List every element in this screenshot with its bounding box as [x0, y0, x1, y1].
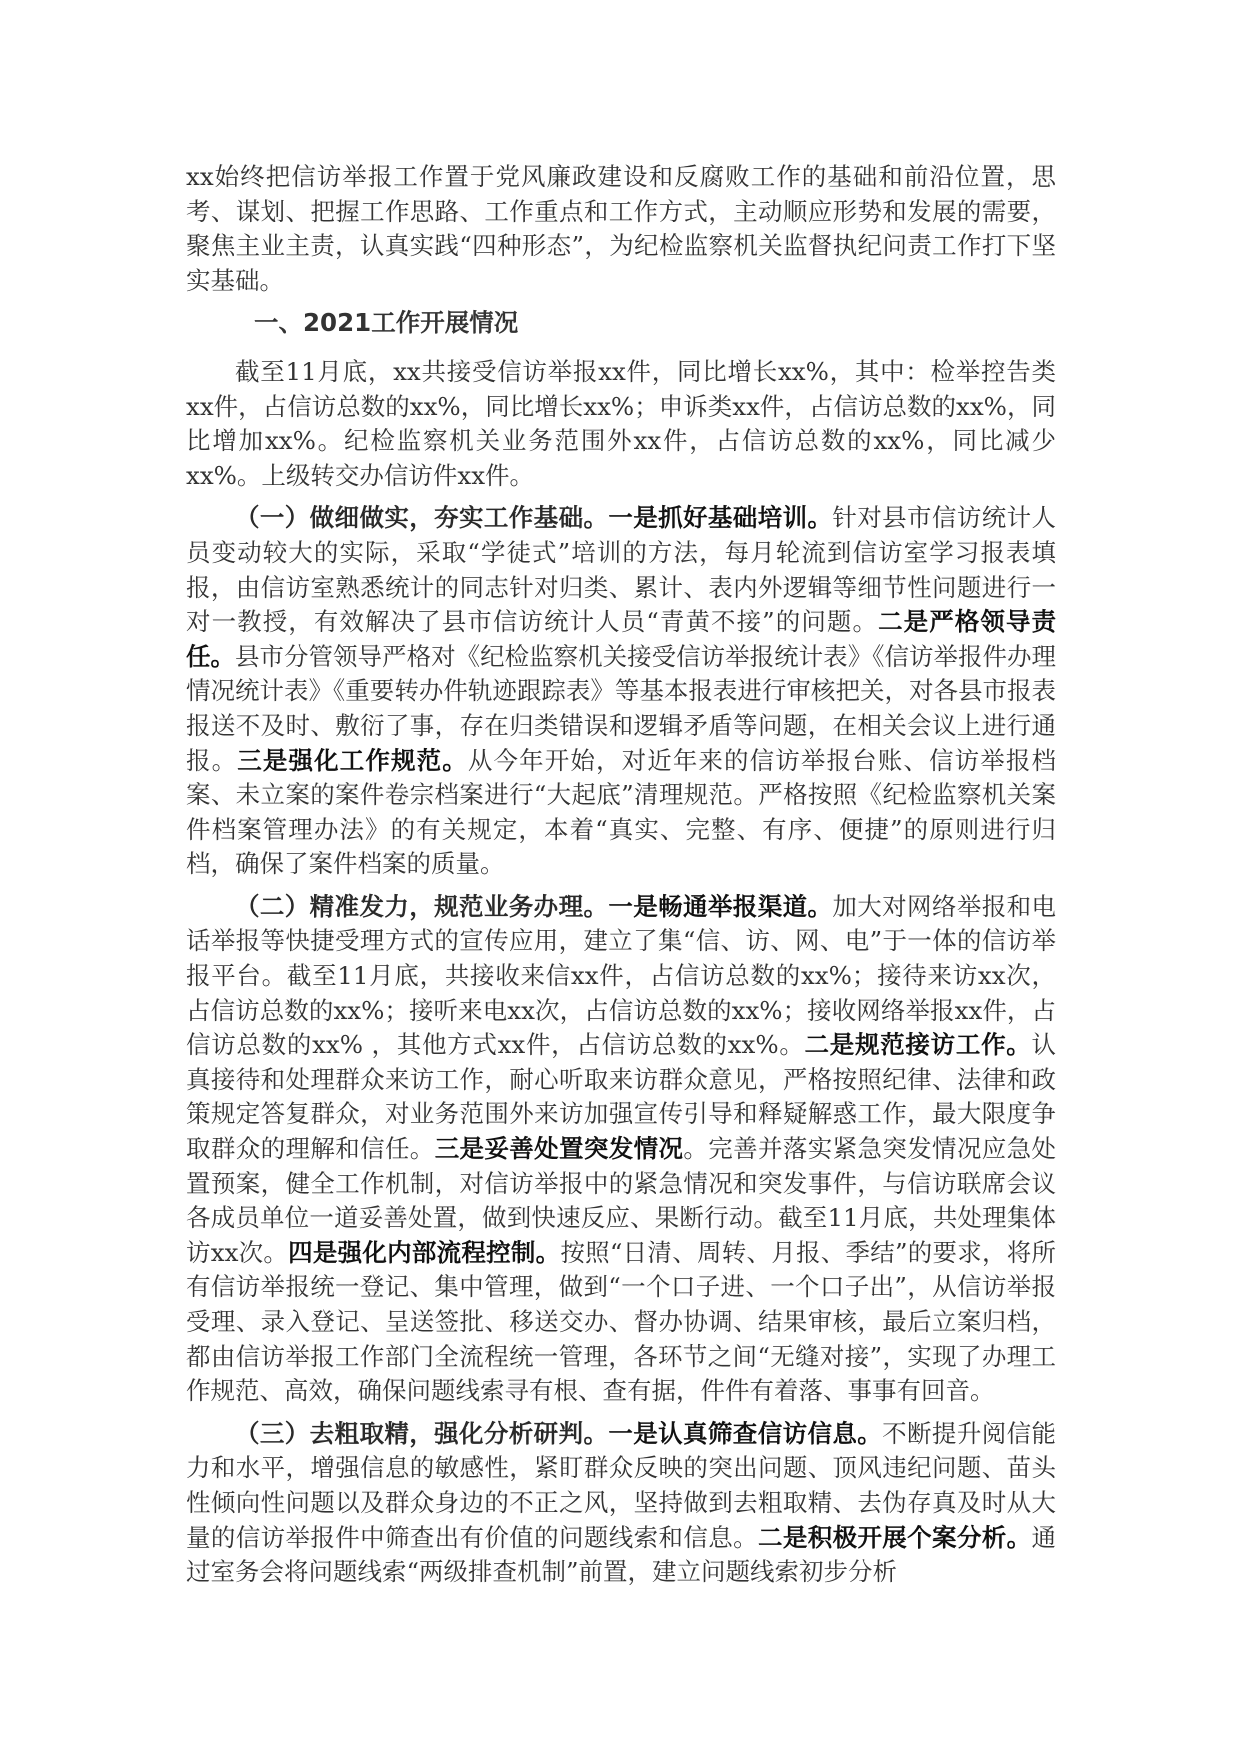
document-page: xx始终把信访举报工作置于党风廉政建设和反腐败工作的基础和前沿位置，思考、谋划、…: [186, 160, 1056, 1598]
part2-point2-title: 二是规范接访工作。: [805, 1030, 1032, 1059]
section-heading: 一、2021工作开展情况: [186, 306, 1056, 341]
part2-point3-title: 三是妥善处置突发情况: [435, 1134, 684, 1163]
part1-point3-title: 三是强化工作规范。: [237, 746, 468, 775]
part3-title: （三）去粗取精，强化分析研判。: [235, 1419, 608, 1448]
summary-paragraph: 截至11月底，xx共接受信访举报xx件，同比增长xx%，其中：检举控告类xx件，…: [186, 355, 1056, 493]
part2-point1-title: 一是畅通举报渠道。: [608, 892, 832, 921]
part2-point4-title: 四是强化内部流程控制。: [288, 1238, 560, 1267]
part1-point1-title: 一是抓好基础培训。: [608, 503, 832, 532]
intro-paragraph: xx始终把信访举报工作置于党风廉政建设和反腐败工作的基础和前沿位置，思考、谋划、…: [186, 160, 1056, 298]
part3-paragraph: （三）去粗取精，强化分析研判。一是认真筛查信访信息。不断提升阅信能力和水平，增强…: [186, 1417, 1056, 1590]
part2-paragraph: （二）精准发力，规范业务办理。一是畅通举报渠道。加大对网络举报和电话举报等快捷受…: [186, 890, 1056, 1409]
part1-title: （一）做细做实，夯实工作基础。: [235, 503, 608, 532]
part1-paragraph: （一）做细做实，夯实工作基础。一是抓好基础培训。针对县市信访统计人员变动较大的实…: [186, 501, 1056, 882]
part3-point2-title: 二是积极开展个案分析。: [758, 1523, 1032, 1552]
part2-title: （二）精准发力，规范业务办理。: [235, 892, 608, 921]
part3-point1-title: 一是认真筛查信访信息。: [608, 1419, 882, 1448]
